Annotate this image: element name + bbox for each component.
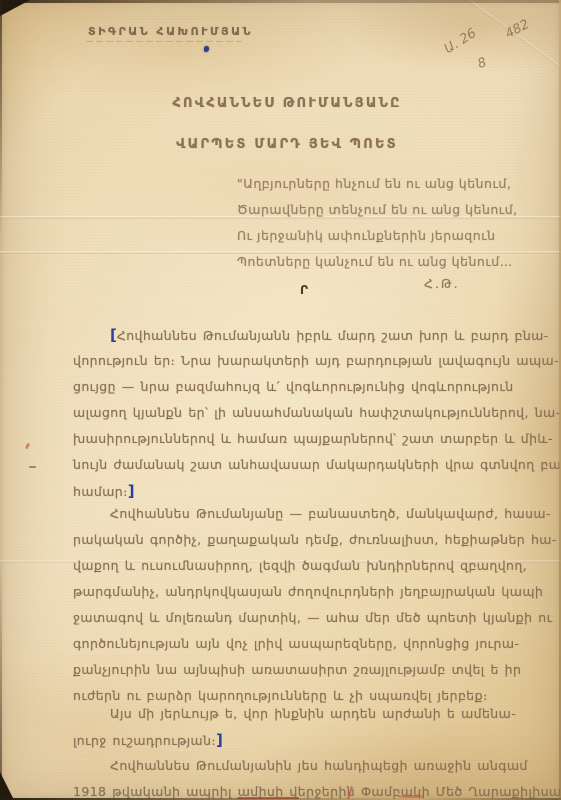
body-line: ջատագով և մոլեռանդ մարտիկ, — ահա մեր մեծ… <box>73 605 543 631</box>
epigraph-line: Ծարավները տենչում են ու անց կենում, <box>237 196 561 222</box>
body-line: խասիրություններով և համառ պայքարներով՝ շ… <box>73 426 543 452</box>
blue-ink-dot <box>204 46 209 52</box>
paragraph-2: Հովհաննես Թումանյանը — բանաստեղծ, մանկավ… <box>73 501 543 709</box>
body-line: 1918 թվականի ապրիլ ամիսի վերջերին Փամբակ… <box>73 779 543 800</box>
body-line: Հովհաննես Թումանյանին յես հանդիպեցի առաջ… <box>73 753 543 779</box>
archival-pencil-note: 8 <box>476 55 489 72</box>
scan-edge-left <box>0 0 2 800</box>
pen-bracket-open: [ <box>110 326 117 344</box>
document-title-author: ՀՈՎՀԱՆՆԵՍ ԹՈՒՄԱՆՅԱՆԸ <box>172 96 401 111</box>
body-line: Հովհաննես Թումանյանը — բանաստեղծ, մանկավ… <box>73 501 543 527</box>
archival-pencil-note: Ա. 26 <box>442 26 479 57</box>
scanned-typescript-page: ՏԻԳՐԱՆ ՀԱԽՈՒՄՅԱՆ Ա. 26 482 8 ՀՈՎՀԱՆՆԵՍ Թ… <box>0 0 561 800</box>
body-line: լուրջ ուշադրության։] <box>73 727 543 753</box>
paragraph-4: Հովհաննես Թումանյանին յես հանդիպեցի առաջ… <box>73 753 543 800</box>
letterhead-underline <box>86 41 242 43</box>
paragraph-1: [Հովհաննես Թումանյանն իբրև մարդ շատ խոր … <box>73 322 543 504</box>
body-line: թարգմանիչ, անդրկովկասյան ժողովուրդների յ… <box>73 579 543 605</box>
pen-bracket-close: ] <box>216 731 223 749</box>
body-line: [Հովհաննես Թումանյանն իբրև մարդ շատ խոր … <box>73 322 543 348</box>
fold-crease-diagonal <box>448 0 561 98</box>
pen-bracket-close: ] <box>128 482 135 500</box>
body-line: րակական գործիչ, քաղաքական դեմք, ժուռնալի… <box>73 527 543 553</box>
body-line: գործունեյության այն վոչ լրիվ ասպարեզները… <box>73 631 543 657</box>
epigraph-line: "Աղբյուրները հնչում են ու անց կենում, <box>237 170 561 196</box>
body-line: քանչյուրին նա այնպիսի առատասիրտ շռայլութ… <box>73 657 543 683</box>
body-line: վաքող և ուսումնասիրող, լեզվի ծագման խնդի… <box>73 553 543 579</box>
body-line-text: Հովհաննես Թումանյանն իբրև մարդ շատ խոր և… <box>117 328 549 343</box>
document-subtitle: ՎԱՐՊԵՏ ՄԱՐԴ ՅԵՎ ՊՈԵՏ <box>176 137 398 152</box>
body-line: ցույցը — նրա բազմահույզ և՛ վոգևորություն… <box>73 374 543 400</box>
archival-pencil-note: 482 <box>503 17 532 42</box>
epigraph-quatrain: "Աղբյուրները հնչում են ու անց կենում, Ծա… <box>237 170 561 274</box>
body-line: ալացող կյանքն եր՝ լի անսահմանական հափշտա… <box>73 400 543 426</box>
paper-blemish <box>29 466 36 468</box>
body-line: Այս մի յերևույթ ե, վոր ինքնին արդեն արժա… <box>73 701 543 727</box>
scan-corner-top-left <box>0 0 30 16</box>
paragraph-3: Այս մի յերևույթ ե, վոր ինքնին արդեն արժա… <box>73 701 543 753</box>
scan-corner-bottom-left <box>0 772 14 800</box>
epigraph-line: Պոետները կանչում են ու անց կենում… <box>237 248 561 274</box>
red-pencil-speck <box>25 443 30 450</box>
body-line: նույն ժամանակ շատ անհավասար մակարդակների… <box>73 452 543 478</box>
scan-edge-top <box>0 0 561 3</box>
epigraph-line: Ու յերջանիկ ափունքներին յերազուն <box>237 222 561 248</box>
body-line-text: համար։ <box>73 484 128 499</box>
body-line: վորություն եր։ Նրա խարակտերի այդ բարդութ… <box>73 348 543 374</box>
epigraph-signature-initials: Հ.Թ. <box>424 276 460 291</box>
letterhead-stamp: ՏԻԳՐԱՆ ՀԱԽՈՒՄՅԱՆ <box>88 25 253 38</box>
stray-ink-mark: Ր <box>300 283 308 297</box>
body-line-text: լուրջ ուշադրության։ <box>73 733 216 748</box>
